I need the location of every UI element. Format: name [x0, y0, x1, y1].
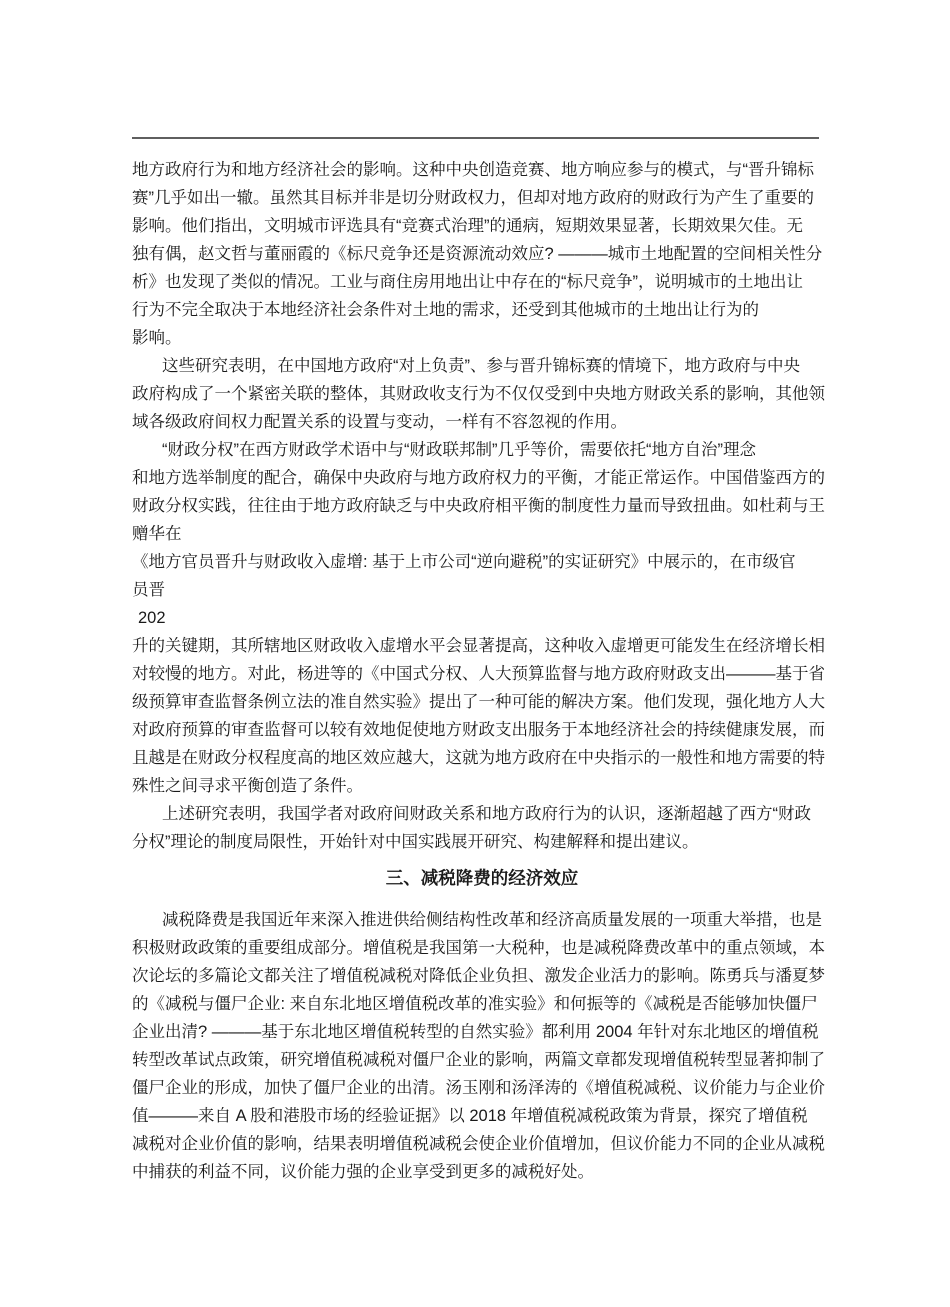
text-line: 转型改革试点政策，研究增值税减税对僵尸企业的影响，两篇文章都发现增值税转型显著抑…: [132, 1046, 832, 1074]
text-line: 和地方选举制度的配合，确保中央政府与地方政府权力的平衡，才能正常运作。中国借鉴西…: [132, 464, 832, 492]
text-line: 赛”几乎如出一辙。虽然其目标并非是切分财政权力，但却对地方政府的财政行为产生了重…: [132, 184, 832, 212]
text-line: 减税对企业价值的影响，结果表明增值税减税会使企业价值增加，但议价能力不同的企业从…: [132, 1130, 832, 1158]
header-divider-line: [132, 137, 819, 139]
document-body: 地方政府行为和地方经济社会的影响。这种中央创造竞赛、地方响应参与的模式，与“晋升…: [132, 156, 832, 1186]
text-line: 积极财政政策的重要组成部分。增值税是我国第一大税种，也是减税降费改革中的重点领域…: [132, 934, 832, 962]
text-line: 上述研究表明，我国学者对政府间财政关系和地方政府行为的认识，逐渐超越了西方“财政: [132, 800, 832, 828]
text-line: 影响。: [132, 324, 832, 352]
text-line: 企业出清? ———基于东北地区增值税转型的自然实验》都利用 2004 年针对东北…: [132, 1018, 832, 1046]
text-line: 影响。他们指出，文明城市评选具有“竞赛式治理”的通病，短期效果显著，长期效果欠佳…: [132, 212, 832, 240]
text-line: 中捕获的利益不同，议价能力强的企业享受到更多的减税好处。: [132, 1158, 832, 1186]
text-line: 行为不完全取决于本地经济社会条件对土地的需求，还受到其他城市的土地出让行为的: [132, 296, 832, 324]
paragraph: 减税降费是我国近年来深入推进供给侧结构性改革和经济高质量发展的一项重大举措，也是…: [132, 906, 832, 1186]
text-line: 值———来自 A 股和港股市场的经验证据》以 2018 年增值税减税政策为背景，…: [132, 1102, 832, 1130]
document-page: 地方政府行为和地方经济社会的影响。这种中央创造竞赛、地方响应参与的模式，与“晋升…: [0, 0, 950, 1307]
text-line: 政府构成了一个紧密关联的整体，其财政收支行为不仅仅受到中央地方财政关系的影响，其…: [132, 380, 832, 408]
text-line: 赠华在: [132, 520, 832, 548]
paragraph: 上述研究表明，我国学者对政府间财政关系和地方政府行为的认识，逐渐超越了西方“财政…: [132, 800, 832, 856]
section-heading: 三、减税降费的经济效应: [132, 864, 832, 892]
text-line: 分权”理论的制度局限性，开始针对中国实践展开研究、构建解释和提出建议。: [132, 828, 832, 856]
text-line: 对较慢的地方。对此，杨进等的《中国式分权、人大预算监督与地方政府财政支出———基…: [132, 660, 832, 688]
text-line: 且越是在财政分权程度高的地区效应越大，这就为地方政府在中央指示的一般性和地方需要…: [132, 744, 832, 772]
paragraph: 升的关键期，其所辖地区财政收入虚增水平会显著提高，这种收入虚增更可能发生在经济增…: [132, 632, 832, 800]
paragraph: “财政分权”在西方财政学术语中与“财政联邦制”几乎等价，需要依托“地方自治”理念…: [132, 436, 832, 604]
text-line: 财政分权实践，往往由于地方政府缺乏与中央政府相平衡的制度性力量而导致扭曲。如杜莉…: [132, 492, 832, 520]
text-line: 僵尸企业的形成，加快了僵尸企业的出清。汤玉刚和汤泽涛的《增值税减税、议价能力与企…: [132, 1074, 832, 1102]
text-line: 《地方官员晋升与财政收入虚增: 基于上市公司“逆向避税”的实证研究》中展示的，在…: [132, 548, 832, 576]
text-line: 域各级政府间权力配置关系的设置与变动，一样有不容忽视的作用。: [132, 408, 832, 436]
text-line: 析》也发现了类似的情况。工业与商住房用地出让中存在的“标尺竞争”，说明城市的土地…: [132, 268, 832, 296]
text-line: 殊性之间寻求平衡创造了条件。: [132, 772, 832, 800]
inline-page-number: 202: [132, 604, 832, 632]
text-line: 独有偶，赵文哲与董丽霞的《标尺竞争还是资源流动效应? ———城市土地配置的空间相…: [132, 240, 832, 268]
text-line: 的《减税与僵尸企业: 来自东北地区增值税改革的准实验》和何振等的《减税是否能够加…: [132, 990, 832, 1018]
paragraph: 地方政府行为和地方经济社会的影响。这种中央创造竞赛、地方响应参与的模式，与“晋升…: [132, 156, 832, 352]
text-line: 升的关键期，其所辖地区财政收入虚增水平会显著提高，这种收入虚增更可能发生在经济增…: [132, 632, 832, 660]
text-line: 这些研究表明，在中国地方政府“对上负责”、参与晋升锦标赛的情境下，地方政府与中央: [132, 352, 832, 380]
text-line: 次论坛的多篇论文都关注了增值税减税对降低企业负担、激发企业活力的影响。陈勇兵与潘…: [132, 962, 832, 990]
text-line: 对政府预算的审查监督可以较有效地促使地方财政支出服务于本地经济社会的持续健康发展…: [132, 716, 832, 744]
paragraph: 这些研究表明，在中国地方政府“对上负责”、参与晋升锦标赛的情境下，地方政府与中央…: [132, 352, 832, 436]
text-line: 级预算审查监督条例立法的准自然实验》提出了一种可能的解决方案。他们发现，强化地方…: [132, 688, 832, 716]
text-line: 地方政府行为和地方经济社会的影响。这种中央创造竞赛、地方响应参与的模式，与“晋升…: [132, 156, 832, 184]
text-line: 员晋: [132, 576, 832, 604]
text-line: “财政分权”在西方财政学术语中与“财政联邦制”几乎等价，需要依托“地方自治”理念: [132, 436, 832, 464]
text-line: 减税降费是我国近年来深入推进供给侧结构性改革和经济高质量发展的一项重大举措，也是: [132, 906, 832, 934]
